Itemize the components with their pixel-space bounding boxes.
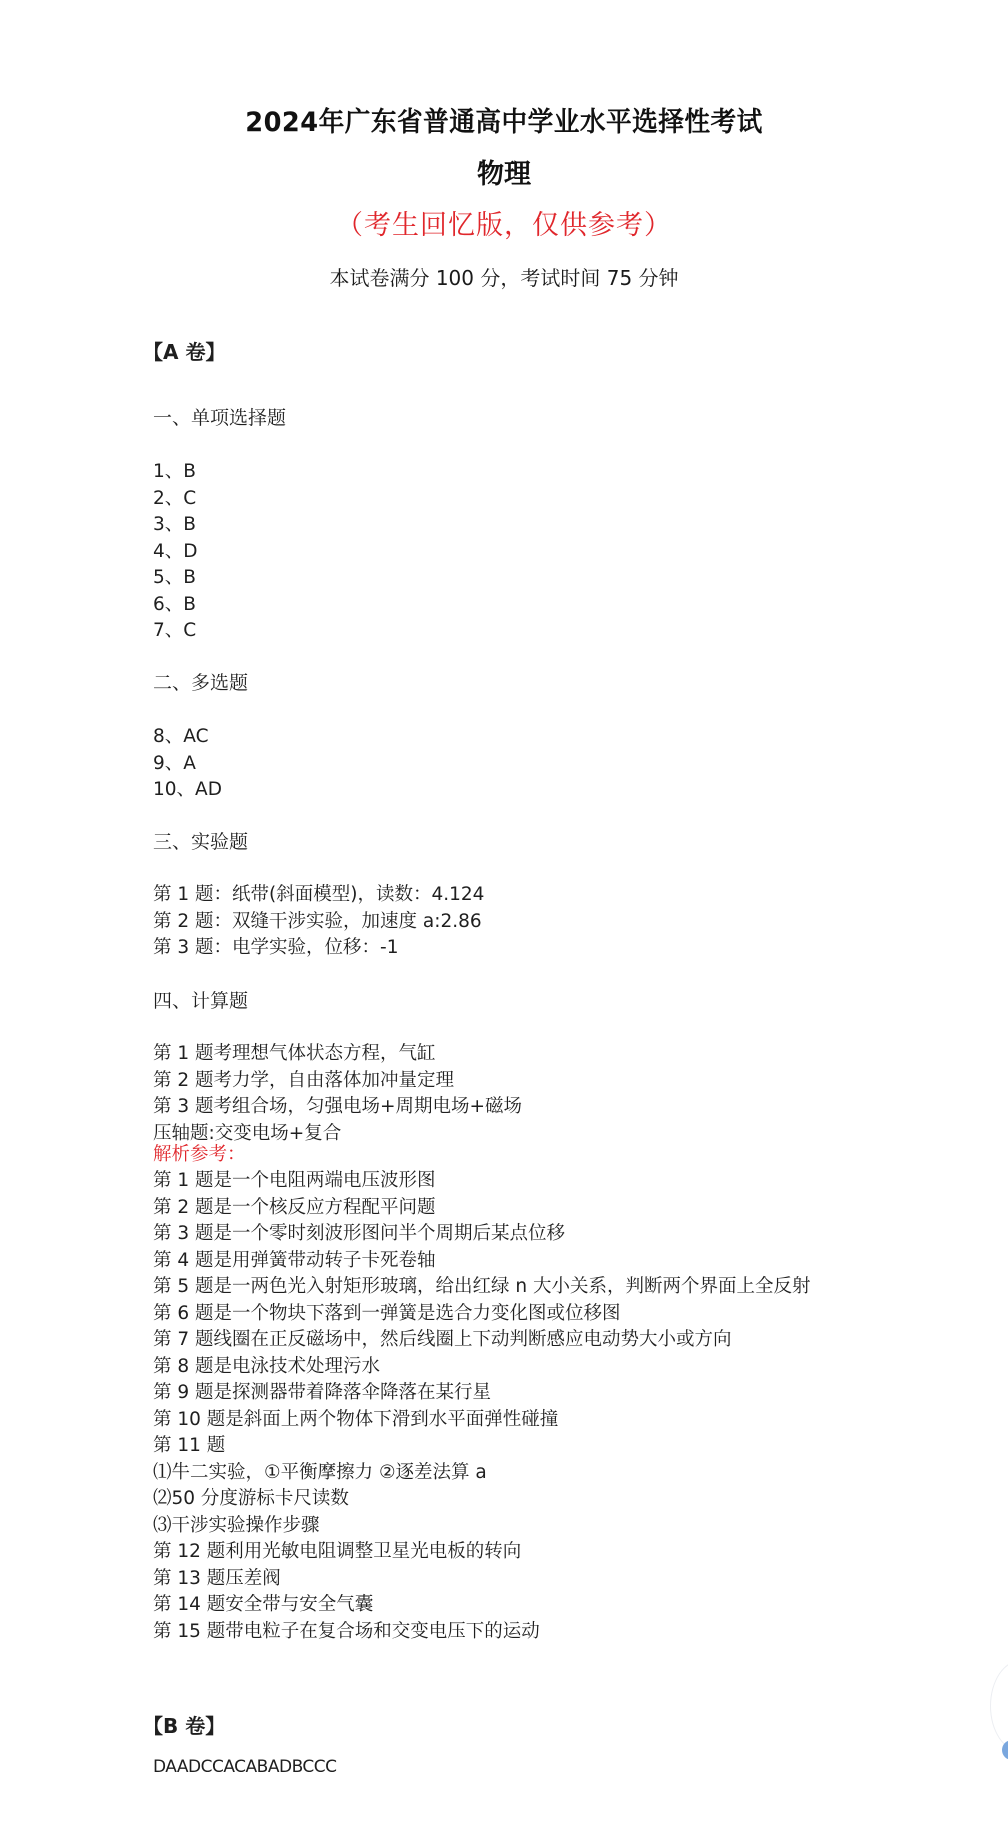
multi-choice-heading: 二、多选题: [153, 670, 248, 696]
analysis-item: 第 9 题是探测器带着降落伞降落在某行星: [153, 1380, 491, 1406]
analysis-subitem: ⑴牛二实验，①平衡摩擦力 ②逐差法算 a: [153, 1460, 487, 1486]
answer-item: 3、B: [153, 512, 196, 538]
answer-item: 6、B: [153, 592, 196, 618]
calculation-item: 第 3 题考组合场，匀强电场+周期电场+磁场: [153, 1094, 522, 1120]
analysis-item: 第 13 题压差阀: [153, 1566, 281, 1592]
analysis-subitem: ⑵50 分度游标卡尺读数: [153, 1486, 349, 1512]
answer-item: 4、D: [153, 539, 198, 565]
analysis-item: 第 12 题利用光敏电阻调整卫星光电板的转向: [153, 1539, 521, 1565]
analysis-item: 第 1 题是一个电阻两端电压波形图: [153, 1168, 436, 1194]
analysis-subitem: ⑶干涉实验操作步骤: [153, 1513, 320, 1539]
answer-item: 9、A: [153, 751, 196, 777]
analysis-item: 第 8 题是电泳技术处理污水: [153, 1354, 380, 1380]
volume-b-answer-key: DAADCCACABADBCCC: [153, 1754, 337, 1780]
answer-item: 2、C: [153, 486, 196, 512]
volume-a-label: 【A 卷】: [143, 339, 225, 365]
experiment-item: 第 2 题：双缝干涉实验，加速度 a:2.86: [153, 909, 482, 935]
analysis-item: 第 11 题: [153, 1433, 225, 1459]
answer-item: 7、C: [153, 618, 196, 644]
analysis-item: 第 5 题是一两色光入射矩形玻璃，给出红绿 n 大小关系，判断两个界面上全反射: [153, 1274, 811, 1300]
experiment-item: 第 1 题：纸带(斜面模型)，读数：4.124: [153, 882, 484, 908]
answer-item: 5、B: [153, 565, 196, 591]
experiment-heading: 三、实验题: [153, 829, 248, 855]
volume-b-label: 【B 卷】: [143, 1713, 225, 1739]
recall-version-notice: （考生回忆版，仅供参考）: [0, 203, 1008, 242]
calculation-heading: 四、计算题: [153, 988, 248, 1014]
exam-info: 本试卷满分 100 分，考试时间 75 分钟: [0, 262, 1008, 291]
subject-title: 物理: [0, 152, 1008, 191]
document-title: 2024年广东省普通高中学业水平选择性考试: [25, 100, 983, 139]
analysis-item: 第 14 题安全带与安全气囊: [153, 1592, 373, 1618]
answer-item: 10、AD: [153, 777, 222, 803]
analysis-item: 第 10 题是斜面上两个物体下滑到水平面弹性碰撞: [153, 1407, 558, 1433]
calculation-item: 第 1 题考理想气体状态方程，气缸: [153, 1041, 436, 1067]
answer-item: 1、B: [153, 459, 196, 485]
analysis-item: 第 4 题是用弹簧带动转子卡死卷轴: [153, 1248, 436, 1274]
analysis-item: 第 2 题是一个核反应方程配平问题: [153, 1195, 436, 1221]
analysis-heading: 解析参考：: [153, 1142, 246, 1168]
single-choice-heading: 一、单项选择题: [153, 405, 286, 431]
calculation-item: 第 2 题考力学，自由落体加冲量定理: [153, 1068, 454, 1094]
analysis-item: 第 15 题带电粒子在复合场和交变电压下的运动: [153, 1619, 540, 1645]
analysis-item: 第 6 题是一个物块下落到一弹簧是选合力变化图或位移图: [153, 1301, 621, 1327]
analysis-item: 第 3 题是一个零时刻波形图问半个周期后某点位移: [153, 1221, 565, 1247]
floating-widget-outline: [990, 1660, 1008, 1752]
experiment-item: 第 3 题：电学实验，位移：-1: [153, 935, 398, 961]
analysis-item: 第 7 题线圈在正反磁场中，然后线圈上下动判断感应电动势大小或方向: [153, 1327, 732, 1353]
answer-item: 8、AC: [153, 724, 209, 750]
